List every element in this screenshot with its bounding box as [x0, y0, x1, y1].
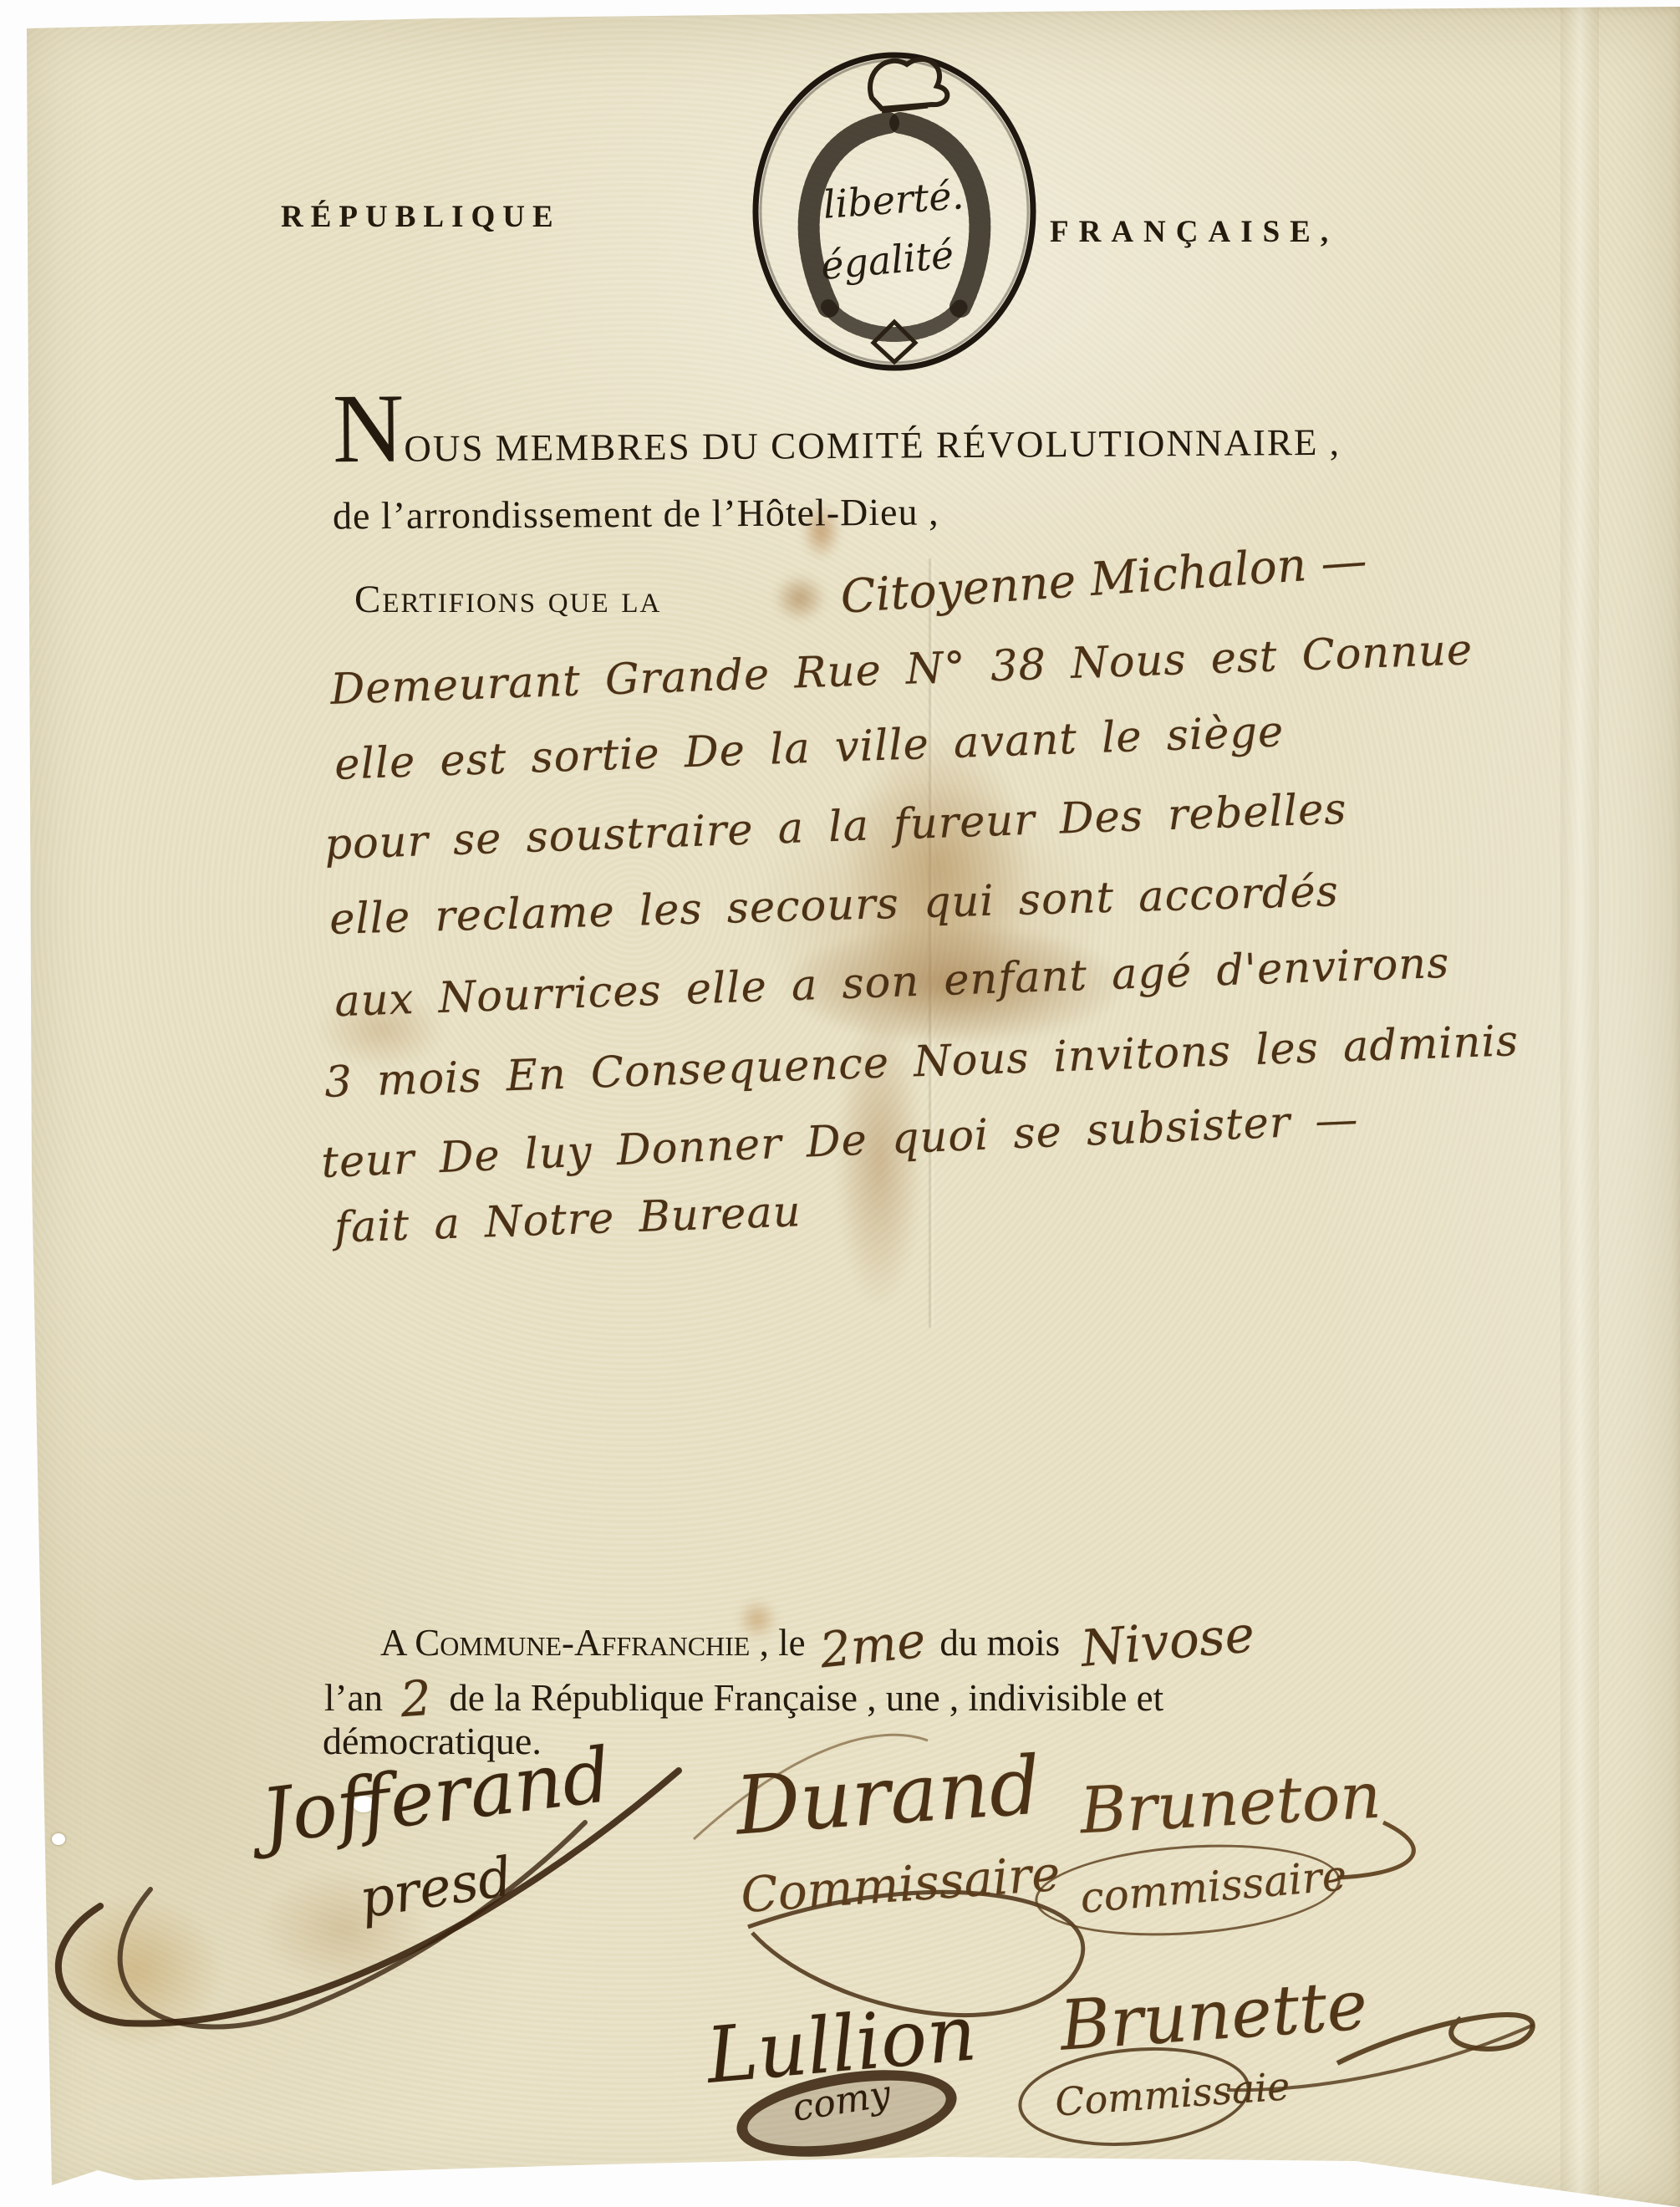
signature-bruneton: Bruneton: [1078, 1758, 1382, 1848]
stain-bottom-left: [52, 1896, 219, 2046]
seal-word-liberte: liberté.: [822, 172, 965, 227]
dateline-1: A Commune-Affranchie , le 2me du mois Ni…: [380, 1609, 1255, 1668]
title-initial: N: [333, 374, 405, 484]
dateline-place: A Commune-Affranchie ,: [380, 1622, 769, 1664]
masthead-francaise: FRANÇAISE,: [1050, 214, 1338, 250]
certifions-lead: Certifions que la: [354, 577, 661, 622]
title-line-2: de l’arrondissement de l’Hôtel-Dieu ,: [333, 489, 939, 538]
dateline-2-text: de la République Française , une , indiv…: [449, 1677, 1163, 1719]
liberty-equality-seal-icon: liberté. égalité: [748, 46, 1041, 376]
dateline-le: le: [778, 1622, 805, 1664]
fold-crease-right: [1560, 7, 1599, 2207]
dateline-dumois: du mois: [939, 1622, 1060, 1664]
paper-hole-2: [52, 1833, 65, 1845]
seal-word-egalite: égalité: [819, 232, 955, 288]
dateline-lan: l’an: [324, 1677, 383, 1719]
dateline-2: l’an 2 de la République Française , une …: [324, 1665, 1163, 1722]
masthead-republique: RÉPUBLIQUE: [281, 199, 561, 235]
title-line1-text: OUS MEMBRES DU COMITÉ RÉVOLUTIONNAIRE ,: [404, 421, 1341, 470]
stain-small-1: [775, 575, 825, 621]
scanned-document: RÉPUBLIQUE FRANÇAISE, liberté. égalité N…: [0, 0, 1680, 2207]
title-line-1: NOUS MEMBRES DU COMITÉ RÉVOLUTIONNAIRE ,: [333, 383, 1341, 471]
